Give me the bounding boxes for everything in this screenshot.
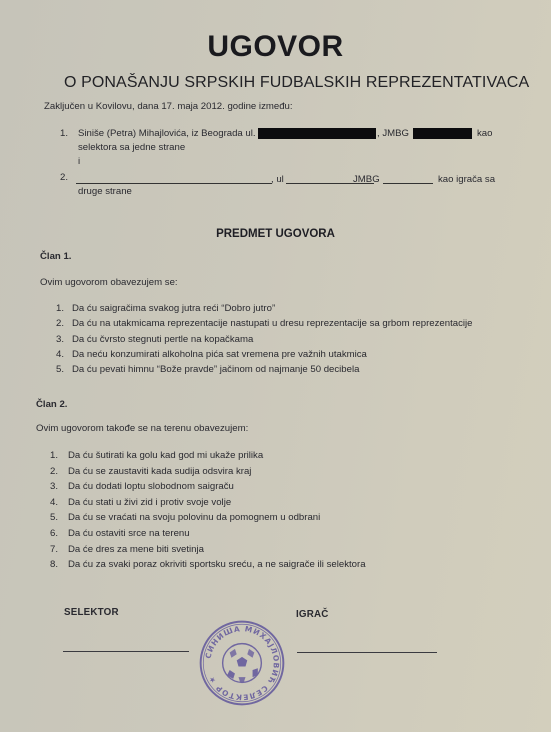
list-item-number: 4. [56,349,64,360]
list-item-number: 1. [50,450,58,461]
list-item-number: 2. [50,466,58,477]
article-heading: Član 2. [36,399,67,410]
party-2-role: kao igrača sa [438,174,495,185]
party-2-line2: druge strane [78,186,132,197]
article-lead: Ovim ugovorom takođe se na terenu obavez… [36,423,248,434]
party-1-text: Siniše (Petra) Mihajlovića, iz Beograda … [78,128,256,139]
list-item-text: Da ću pevati himnu “Bože pravde” jačinom… [72,364,359,375]
redacted-jmbg [413,128,472,139]
official-stamp: СИНИША МИХАЈЛОВИЋ СЕЛЕКТОР ★ [198,619,286,707]
player-signature-line[interactable] [297,652,437,653]
list-item-number: 6. [50,528,58,539]
list-item-number: 5. [56,364,64,375]
player-label: IGRAČ [296,609,329,620]
list-item-number: 1. [56,303,64,314]
list-item-text: Da ću šutirati ka golu kad god mi ukaže … [68,450,263,461]
document-subtitle: O PONAŠANJU SRPSKIH FUDBALSKIH REPREZENT… [64,74,529,92]
list-item-text: Da ću čvrsto stegnuti pertle na kopačkam… [72,334,253,345]
list-item-text: Da ću dodati loptu slobodnom saigraču [68,481,234,492]
list-item-number: 7. [50,544,58,555]
document-title: UGOVOR [0,30,551,64]
list-item-text: Da ću na utakmicama reprezentacije nastu… [72,318,472,329]
list-item-number: 3. [50,481,58,492]
list-item-text: Da neću konzumirati alkoholna pića sat v… [72,349,367,360]
player-jmbg-field[interactable] [383,183,433,184]
party-number: 2. [60,172,68,183]
jmbg-label: JMBG [353,174,380,185]
party-1-line2: selektora sa jedne strane [78,142,185,153]
list-item-text: Da ću ostaviti srce na terenu [68,528,190,539]
article-heading: Član 1. [40,251,71,262]
selector-label: SELEKTOR [64,607,119,618]
soccer-ball-icon [223,644,262,683]
list-item-text: Da ću se zaustaviti kada sudija odsvira … [68,466,251,477]
contract-intro: Zaključen u Kovilovu, dana 17. maja 2012… [44,101,293,112]
list-item-text: Da ću saigračima svakog jutra reći “Dobr… [72,303,275,314]
party-number: 1. [60,128,68,139]
list-item-number: 8. [50,559,58,570]
jmbg-label: , JMBG [377,128,409,139]
player-name-field[interactable] [76,183,272,184]
selector-signature-line[interactable] [63,651,189,652]
list-item-number: 5. [50,512,58,523]
list-item-text: Da ću za svaki poraz okriviti sportsku s… [68,559,366,570]
list-item-number: 2. [56,318,64,329]
article-lead: Ovim ugovorom obavezujem se: [40,277,178,288]
section-heading: PREDMET UGOVORA [0,228,551,240]
conjunction: i [78,156,80,167]
list-item-text: Da ću stati u živi zid i protiv svoje vo… [68,497,231,508]
ul-label: , ul [271,174,284,185]
party-1-role: kao [477,128,492,139]
list-item-number: 4. [50,497,58,508]
list-item-number: 3. [56,334,64,345]
list-item-text: Da ću se vraćati na svoju polovinu da po… [68,512,320,523]
list-item-text: Da će dres za mene biti svetinja [68,544,204,555]
redacted-address [258,128,376,139]
